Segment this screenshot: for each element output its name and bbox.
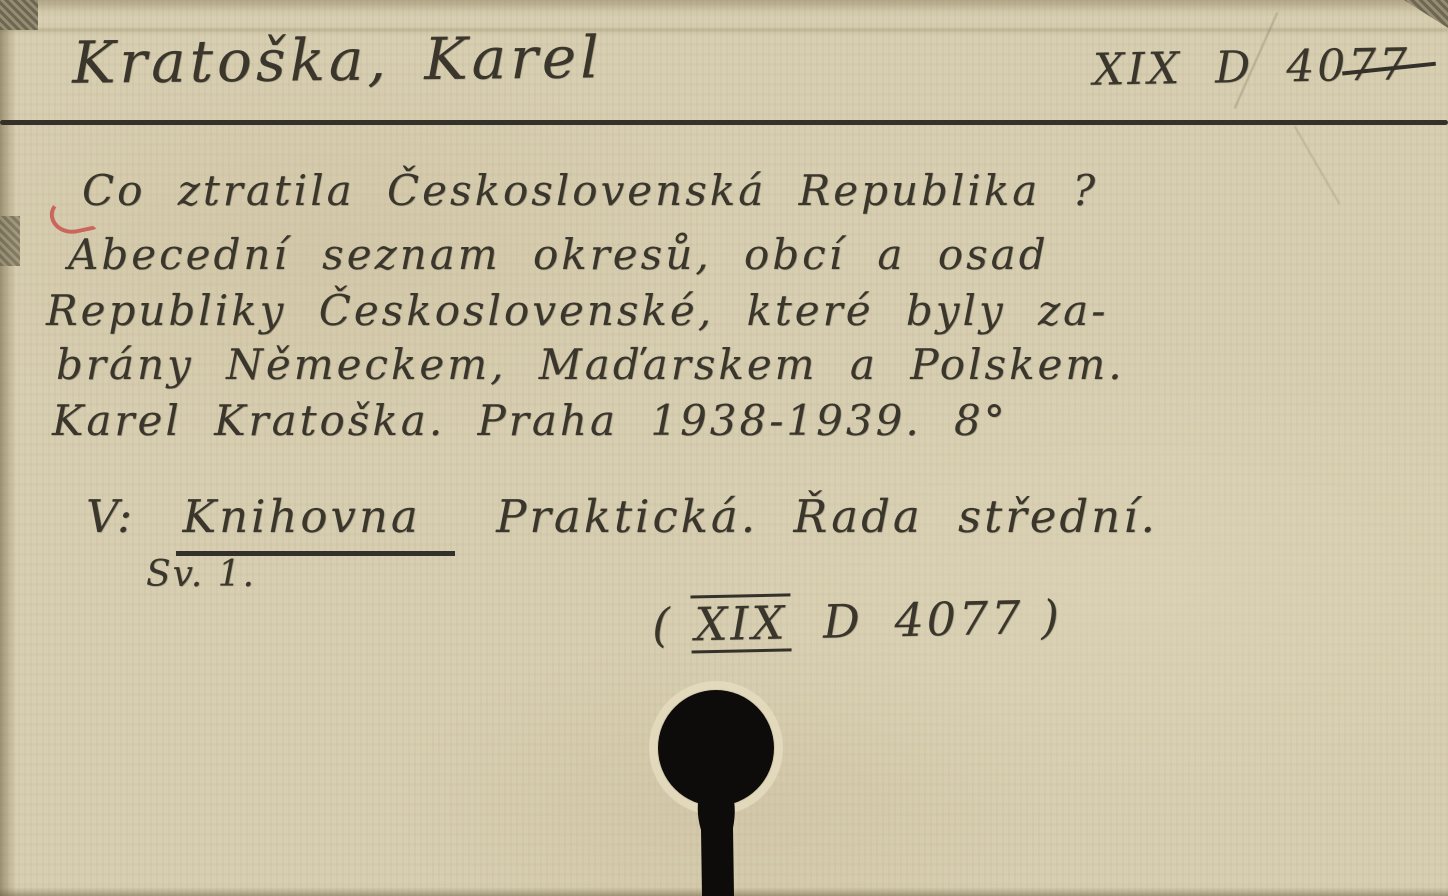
punch-hole-slot (698, 792, 735, 896)
punch-hole-circle (658, 690, 774, 806)
catalog-card: Kratoška, Karel XIX D 4077 Co ztratila Č… (0, 0, 1448, 896)
punch-hole (0, 0, 1448, 896)
